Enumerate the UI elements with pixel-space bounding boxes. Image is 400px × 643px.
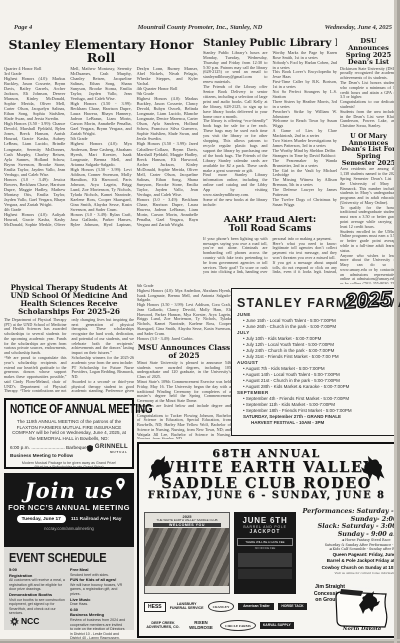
notice-follow: Business Meeting to Follow — [10, 454, 128, 459]
market-month-group: JUNE June 15th - Local Youth Talent - 5:… — [237, 312, 390, 330]
msu-title: MSU Announces Class of 2025 — [137, 344, 231, 360]
rodeo-slack-2: Sunday - 9:00 a.m. — [299, 531, 396, 539]
sponsor-deep-creek: DEEP CREEK ADVENTURES, CO. — [144, 622, 182, 630]
farmers-market-year: 2025 — [345, 288, 393, 314]
es-meal-head: Free Meal — [70, 567, 88, 572]
grinnell-sub: MUTUAL — [95, 450, 128, 454]
ad-farmers-market: STANLEY FARMER’S MARKET 2025 JUNE June 1… — [231, 288, 396, 436]
rodeo-poster-welcome: 2025 THE WHITE EARTH VALLEY SADDLE CLUB … — [144, 512, 230, 594]
jackpot-date: JUNE 6TH — [234, 516, 296, 525]
sponsor-circle-farms: CIRCLE FARMS — [220, 620, 256, 631]
market-month-group: SEPTEMBER September 4th - Friends First … — [237, 390, 390, 414]
article-physical-therapy: Physical Therapy Students At UND School … — [4, 284, 134, 396]
market-month-group: JULY July 10th - Kids Market - 5:00-7:00… — [237, 330, 390, 360]
honor-roll-body: Quarter 4 Honor Roll 3rd Grade Highest H… — [4, 66, 198, 284]
sponsor-american-trailer: American Trailer — [238, 603, 274, 611]
sponsor-cranley: CRANLEY — [208, 601, 235, 612]
sponsor-rixen: RIXEN WILDROSE — [186, 621, 216, 631]
sponsor-row-1: HESS LANSBURY FUNERAL SERVICE CRANLEY Am… — [144, 601, 336, 612]
ad-ncc-annual-meeting: Join us FOR NCC’S ANNUAL MEETING Tuesday… — [4, 473, 134, 630]
es-music-head: Live Music — [70, 597, 90, 602]
es-time-630: 6:30 — [70, 607, 78, 612]
jackpot-word: JACKPOT — [234, 529, 296, 535]
pt-body: The Department of Physical Therapy (PT) … — [4, 318, 134, 396]
es-business-head: Business Meeting — [70, 612, 104, 617]
sponsor-lansbury: LANSBURY FUNERAL SERVICE — [170, 603, 204, 611]
notice-title: NOTICE OF ANNUAL MEETING — [10, 403, 128, 417]
map-ribbon: Roughrider Rodeo — [333, 587, 391, 590]
es-demo-head: Demonstration Booths — [9, 592, 52, 597]
event-schedule-title: EVENT SCHEDULE — [9, 551, 129, 565]
notice-fine-2: (Must be a Policyholder to win Grand Pri… — [10, 465, 128, 469]
rodeo-title-4: FRIDAY, JUNE 6 - SUNDAY, JUNE 8 — [139, 491, 394, 502]
es-music-text: Drae Haas. — [70, 602, 126, 607]
rodeo-title-3: SADDLE CLUB RODEO — [139, 476, 394, 492]
bucking-horse-icon-right — [360, 452, 388, 484]
rodeo-fine-print: Visit us online for current rodeo inform… — [299, 571, 396, 575]
market-month-group: AUGUST August 7th - Kids Market - 5:00-7… — [237, 360, 390, 390]
poster-club: THE WHITE EARTH VALLEY SADDLE CLUB — [145, 519, 229, 522]
dsu-title: DSU Announces Spring 2025 Dean’s List — [340, 38, 397, 66]
sponsor-horse-tack: HORSE TACK — [278, 603, 306, 611]
es-business-text: Review of business from 2024 and coopera… — [70, 618, 126, 641]
jackpot-detail-block — [238, 553, 292, 567]
umary-body: Area residents are among the 1,138 stude… — [340, 167, 397, 284]
shield-icon — [87, 445, 93, 452]
rodeo-info: Performances: Saturday - 6:00 p.m. Sunda… — [299, 508, 396, 575]
umary-title: U Of Mary Announces Dean’s List For Spri… — [340, 133, 397, 167]
right-column: DSU Announces Spring 2025 Dean’s List Di… — [340, 38, 397, 284]
masthead: Mountrail County Promoter, Inc., Stanley… — [90, 24, 310, 31]
library-news-body: Stanley Public Library’s hours are Monda… — [203, 51, 337, 211]
ncc-meeting-line: FOR NCC’S ANNUAL MEETING — [4, 503, 134, 512]
sponsor-hess: HESS — [144, 602, 166, 612]
grinnell-logo: GRINNELL MUTUAL — [87, 444, 128, 454]
es-kids-head: FUN for Kids of all ages! — [70, 577, 116, 582]
es-registration-head: Registration — [9, 573, 32, 578]
market-month-events: June 15th - Local Youth Talent - 5:00-7:… — [237, 318, 390, 330]
dsu-body: Dickinson State University (DSU) proudly… — [340, 67, 397, 129]
rodeo-poster-jackpot: JUNE 6TH BARREL AND POLE JACKPOT THERE W… — [234, 512, 296, 594]
gear-icon — [10, 617, 19, 626]
ncc-join-us: Join us — [25, 478, 114, 503]
ncc-url: nccray.com/annualmeeting — [4, 526, 134, 531]
library-news-title: Stanley Public Library News — [203, 38, 337, 49]
market-month-events: August 7th - Kids Market - 5:00-7:00PMAu… — [237, 366, 390, 390]
aarp-body: If your phone’s been lighting up with me… — [203, 237, 337, 279]
es-kids-text: We will have bouncy houses, VR games, a … — [70, 583, 126, 597]
market-finale-2: HARVEST FESTIVAL - 10AM - 3PM — [237, 420, 390, 426]
honor-roll-cont: 6th Grade Highest Honors (4.0): Mya Ande… — [137, 284, 231, 341]
ncc-logo-text: NCC — [21, 616, 39, 626]
bucking-horse-icon-left — [145, 452, 173, 484]
article-aarp: AARP Fraud Alert: Toll Road Scams If you… — [203, 216, 337, 282]
rodeo-title-2: WHITE EARTH VALLEY — [139, 460, 394, 476]
notice-body: The 119th ANNUAL MEETING of the patrons … — [10, 419, 128, 442]
sponsor-karval: KARVAL SUPPLY — [260, 622, 294, 630]
market-month-events: September 4th - Friends First Market - 5… — [237, 396, 390, 414]
jackpot-note: THERE WILL BE A GATE FEE — [237, 538, 293, 546]
location-pin-icon — [116, 478, 125, 490]
newspaper-page: Page 4 Mountrail County Promoter, Inc., … — [0, 0, 397, 641]
ad-rodeo: 68TH ANNUAL WHITE EARTH VALLEY SADDLE CL… — [137, 442, 396, 638]
jackpot-note2: NO OFFICE FEE — [234, 547, 296, 550]
scan-edge-right — [394, 0, 397, 643]
scan-edge-bottom — [0, 639, 400, 641]
ncc-date-button: Tuesday, June 17 — [17, 515, 66, 523]
page-number: Page 4 — [14, 24, 94, 31]
msu-body: Minot State University is pleased to ann… — [137, 361, 231, 439]
honor-roll-title: Stanley Elementary Honor Roll — [4, 38, 198, 64]
sponsor-row-2: DEEP CREEK ADVENTURES, CO. RIXEN WILDROS… — [144, 620, 336, 631]
event-schedule-left: 5:00 Registration All customers will rec… — [9, 567, 65, 641]
article-honor-roll: Stanley Elementary Honor Roll Quarter 4 … — [4, 38, 198, 284]
roughrider-rodeo-logo: North Dakota Roughrider Rodeo — [333, 587, 391, 633]
es-registration-text: All customers will receive a meal, a reg… — [9, 578, 65, 592]
map-label: North Dakota — [333, 626, 391, 632]
poster-photo — [145, 528, 229, 586]
market-month-events: July 10th - Kids Market - 5:00-7:00PMJul… — [237, 336, 390, 360]
article-library-news: Stanley Public Library News Stanley Publ… — [203, 38, 337, 214]
farmers-market-schedule: JUNE June 15th - Local Youth Talent - 5:… — [237, 312, 390, 414]
notice-time-line: 6:00 p.m. ......................... Barb… — [10, 446, 87, 451]
es-demo-text: Visit our booths to see construction equ… — [9, 598, 65, 616]
date-line: Wednesday, June 4, 2025 — [300, 24, 392, 31]
ncc-address: 111 Railroad Ave | Ray — [71, 517, 122, 522]
poster-welcome: WELCOMES YOU — [153, 523, 221, 527]
jackpot-detail-block2 — [238, 569, 292, 579]
es-time-500: 5:00 — [9, 567, 17, 572]
ad-notice-annual-meeting: NOTICE OF ANNUAL MEETING The 119th ANNUA… — [4, 398, 134, 469]
pt-title: Physical Therapy Students At UND School … — [4, 284, 134, 316]
aarp-title-line2: Toll Road Scams — [203, 225, 337, 234]
event-schedule-right: Free Meal Smoked beef with sides. FUN fo… — [70, 567, 126, 641]
